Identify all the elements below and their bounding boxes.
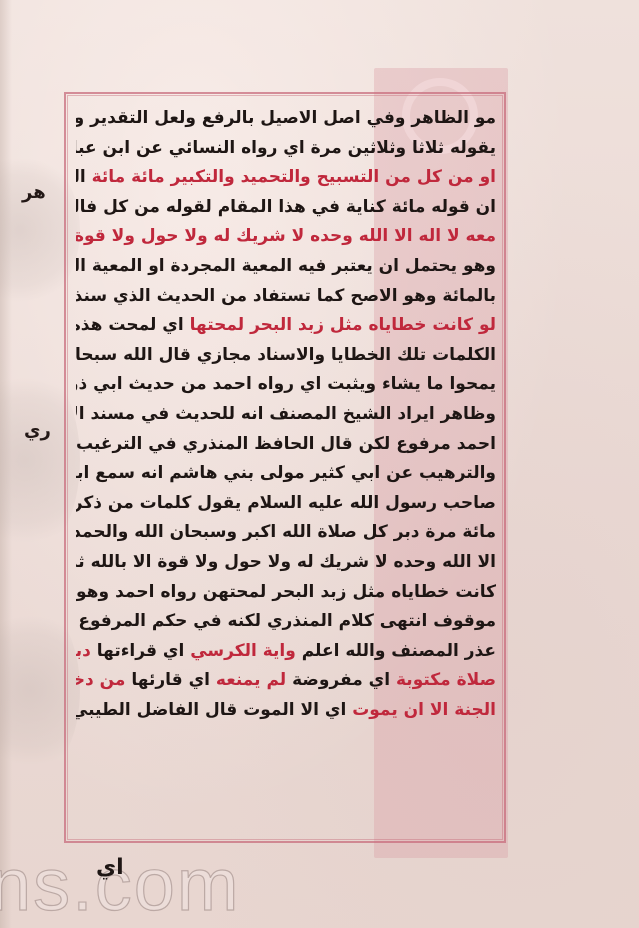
text-line: وهو يحتمل ان يعتبر فيه المعية المجردة او… xyxy=(76,252,496,282)
rubric-text: من دخول xyxy=(76,670,125,690)
rubric-text: واية الكرسي xyxy=(190,641,296,661)
catchword: اي xyxy=(96,855,124,880)
text-line: ان قوله مائة كناية في هذا المقام لقوله م… xyxy=(76,193,496,223)
rubric-text: دبر كل xyxy=(76,641,91,661)
rubric-text: صلاة مكتوبة xyxy=(396,670,496,690)
body-text: مو الظاهر وفي اصل الاصيل بالرفع ولعل الت… xyxy=(76,108,496,128)
body-text: اي لمحت هذه xyxy=(76,315,190,335)
margin-note-lower: ري xyxy=(24,420,51,441)
body-text: صاحب رسول الله عليه السلام يقول كلمات من… xyxy=(76,493,496,513)
text-line: الكلمات تلك الخطايا والاسناد مجازي قال ا… xyxy=(76,341,496,371)
body-text: اي قارئها xyxy=(125,670,215,690)
body-text: الا الله وحده لا شريك له ولا حول ولا قوة… xyxy=(76,552,496,572)
manuscript-text-block: مو الظاهر وفي اصل الاصيل بالرفع ولعل الت… xyxy=(76,104,496,725)
rubric-text: لو كانت خطاياه مثل زبد البحر لمحتها xyxy=(190,315,496,335)
body-text: موقوف انتهى كلام المنذري لكنه في حكم الم… xyxy=(76,611,496,631)
body-text: وهو يحتمل ان يعتبر فيه المعية المجردة او… xyxy=(76,256,496,276)
text-line: معه لا اله الا الله وحده لا شريك له ولا … xyxy=(76,222,496,252)
text-line: احمد مرفوع لكن قال الحافظ المنذري في الت… xyxy=(76,430,496,460)
body-text: عذر المصنف والله اعلم xyxy=(296,641,496,661)
body-text: يقوله ثلاثا وثلاثين مرة اي رواه النسائي … xyxy=(76,138,496,158)
text-line: صلاة مكتوبة اي مفروضة لم يمنعه اي قارئها… xyxy=(76,666,496,696)
text-line: الجنة الا ان يموت اي الا الموت قال الفاض… xyxy=(76,696,496,726)
rubric-text: او من كل من التسبيح والتحميد والتكبير ما… xyxy=(92,167,496,187)
text-line: والترهيب عن ابي كثير مولى بني هاشم انه س… xyxy=(76,459,496,489)
text-line: بالمائة وهو الاصح كما تستفاد من الحديث ا… xyxy=(76,282,496,312)
body-text: يمحوا ما يشاء ويثبت اي رواه احمد من حديث… xyxy=(76,374,496,394)
text-line: موقوف انتهى كلام المنذري لكنه في حكم الم… xyxy=(76,607,496,637)
body-text: اي مفروضة xyxy=(286,670,396,690)
body-text: بالمائة وهو الاصح كما تستفاد من الحديث ا… xyxy=(76,286,496,306)
text-line: يقوله ثلاثا وثلاثين مرة اي رواه النسائي … xyxy=(76,134,496,164)
text-line: يمحوا ما يشاء ويثبت اي رواه احمد من حديث… xyxy=(76,370,496,400)
body-text: اي الا الموت قال الفاضل الطيبي xyxy=(76,700,352,720)
text-line: مائة مرة دبر كل صلاة الله اكبر وسبحان ال… xyxy=(76,518,496,548)
text-line: وظاهر ايراد الشيخ المصنف انه للحديث في م… xyxy=(76,400,496,430)
body-text: احمد مرفوع لكن قال الحافظ المنذري في الت… xyxy=(76,434,496,454)
text-line: عذر المصنف والله اعلم واية الكرسي اي قرا… xyxy=(76,637,496,667)
body-text: كانت خطاياه مثل زبد البحر لمحتهن رواه اح… xyxy=(76,582,496,602)
text-line: صاحب رسول الله عليه السلام يقول كلمات من… xyxy=(76,489,496,519)
rubric-text: الجنة الا ان يموت xyxy=(352,700,496,720)
text-line: كانت خطاياه مثل زبد البحر لمحتهن رواه اح… xyxy=(76,578,496,608)
body-text: اي قراءتها xyxy=(91,641,190,661)
text-line: او من كل من التسبيح والتحميد والتكبير ما… xyxy=(76,163,496,193)
body-text: مائة مرة دبر كل صلاة الله اكبر وسبحان ال… xyxy=(76,522,496,542)
body-text: الكلمات تلك الخطايا والاسناد مجازي قال ا… xyxy=(76,345,496,365)
body-text: والترهيب عن ابي كثير مولى بني هاشم انه س… xyxy=(76,463,496,483)
rubric-text: معه لا اله الا الله وحده لا شريك له ولا … xyxy=(76,226,496,246)
body-text: الظا xyxy=(76,167,92,187)
rubric-text: لم يمنعه xyxy=(216,670,286,690)
text-line: الا الله وحده لا شريك له ولا حول ولا قوة… xyxy=(76,548,496,578)
body-text: ان قوله مائة كناية في هذا المقام لقوله م… xyxy=(76,197,496,217)
text-line: لو كانت خطاياه مثل زبد البحر لمحتها اي ل… xyxy=(76,311,496,341)
margin-note-upper: هر xyxy=(22,182,46,203)
body-text: وظاهر ايراد الشيخ المصنف انه للحديث في م… xyxy=(76,404,496,424)
text-line: مو الظاهر وفي اصل الاصيل بالرفع ولعل الت… xyxy=(76,104,496,134)
